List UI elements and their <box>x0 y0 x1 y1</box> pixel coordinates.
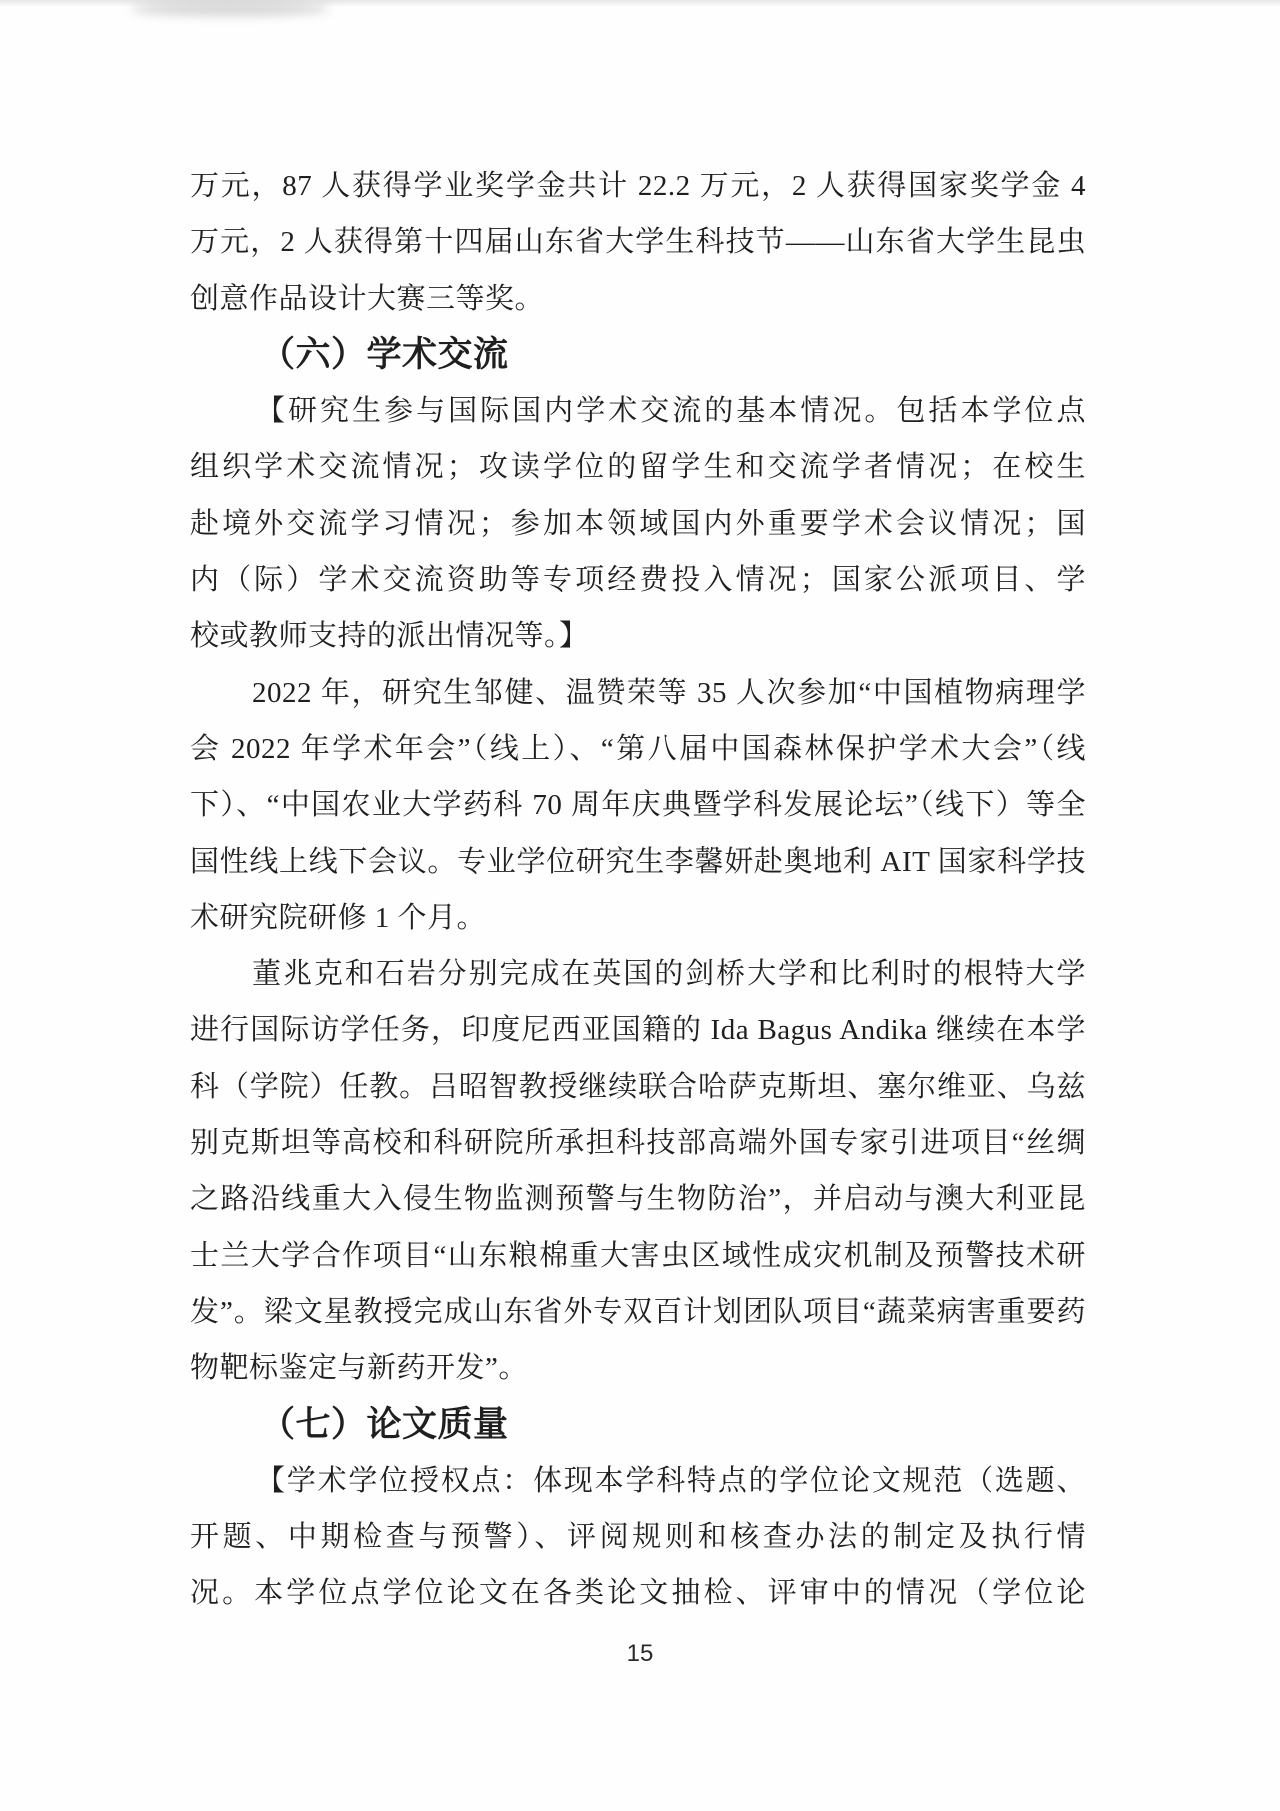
text-line: 万元，87 人获得学业奖学金共计 22.2 万元，2 人获得国家奖学金 4 <box>190 158 1086 214</box>
text-line: 【学术学位授权点：体现本学科特点的学位论文规范（选题、 <box>190 1453 1086 1509</box>
text-line: 2022 年，研究生邹健、温赞荣等 35 人次参加“中国植物病理学 <box>190 665 1086 721</box>
text-line: 会 2022 年学术年会”（线上）、“第八届中国森林保护学术大会”（线 <box>190 721 1086 777</box>
bracket-note-section6: 【研究生参与国际国内学术交流的基本情况。包括本学位点 组织学术交流情况；攻读学位… <box>190 383 1086 664</box>
text-line: 别克斯坦等高校和科研院所承担科技部高端外国专家引进项目“丝绸 <box>190 1115 1086 1171</box>
text-line: 开题、中期检查与预警）、评阅规则和核查办法的制定及执行情 <box>190 1509 1086 1565</box>
document-page: 万元，87 人获得学业奖学金共计 22.2 万元，2 人获得国家奖学金 4 万元… <box>0 0 1280 1811</box>
text-line: 内（际）学术交流资助等专项经费投入情况；国家公派项目、学 <box>190 552 1086 608</box>
text-line: 士兰大学合作项目“山东粮棉重大害虫区域性成灾机制及预警技术研 <box>190 1228 1086 1284</box>
section-heading-6: （六）学术交流 <box>190 327 1086 383</box>
text-line: 【研究生参与国际国内学术交流的基本情况。包括本学位点 <box>190 383 1086 439</box>
text-line: 之路沿线重大入侵生物监测预警与生物防治”，并启动与澳大利亚昆 <box>190 1171 1086 1227</box>
text-line: 万元，2 人获得第十四届山东省大学生科技节——山东省大学生昆虫 <box>190 214 1086 270</box>
text-line: 赴境外交流学习情况；参加本领域国内外重要学术会议情况；国 <box>190 496 1086 552</box>
text-line: 术研究院研修 1 个月。 <box>190 890 1086 946</box>
text-line: 董兆克和石岩分别完成在英国的剑桥大学和比利时的根特大学 <box>190 946 1086 1002</box>
paragraph-conferences: 2022 年，研究生邹健、温赞荣等 35 人次参加“中国植物病理学 会 2022… <box>190 665 1086 946</box>
text-line: 校或教师支持的派出情况等。】 <box>190 608 1086 664</box>
text-line: 进行国际访学任务，印度尼西亚国籍的 Ida Bagus Andika 继续在本学 <box>190 1002 1086 1058</box>
text-line: 国性线上线下会议。专业学位研究生李馨妍赴奥地利 AIT 国家科学技 <box>190 834 1086 890</box>
bracket-note-section7: 【学术学位授权点：体现本学科特点的学位论文规范（选题、 开题、中期检查与预警）、… <box>190 1453 1086 1622</box>
text-line: 况。本学位点学位论文在各类论文抽检、评审中的情况（学位论 <box>190 1565 1086 1621</box>
page-body-text: 万元，87 人获得学业奖学金共计 22.2 万元，2 人获得国家奖学金 4 万元… <box>190 158 1086 1622</box>
scan-edge-artifact <box>0 0 1280 7</box>
text-line: 物靶标鉴定与新药开发”。 <box>190 1340 1086 1396</box>
text-line: 发”。梁文星教授完成山东省外专双百计划团队项目“蔬菜病害重要药 <box>190 1284 1086 1340</box>
text-line: 下）、“中国农业大学药科 70 周年庆典暨学科发展论坛”（线下）等全 <box>190 777 1086 833</box>
text-line: 组织学术交流情况；攻读学位的留学生和交流学者情况；在校生 <box>190 439 1086 495</box>
scan-smudge-artifact <box>130 2 330 16</box>
paragraph-international-cooperation: 董兆克和石岩分别完成在英国的剑桥大学和比利时的根特大学 进行国际访学任务，印度尼… <box>190 946 1086 1396</box>
text-line: 创意作品设计大赛三等奖。 <box>190 271 1086 327</box>
paragraph-awards-continuation: 万元，87 人获得学业奖学金共计 22.2 万元，2 人获得国家奖学金 4 万元… <box>190 158 1086 327</box>
section-heading-7: （七）论文质量 <box>190 1397 1086 1453</box>
page-number: 15 <box>0 1640 1280 1668</box>
text-line: 科（学院）任教。吕昭智教授继续联合哈萨克斯坦、塞尔维亚、乌兹 <box>190 1059 1086 1115</box>
